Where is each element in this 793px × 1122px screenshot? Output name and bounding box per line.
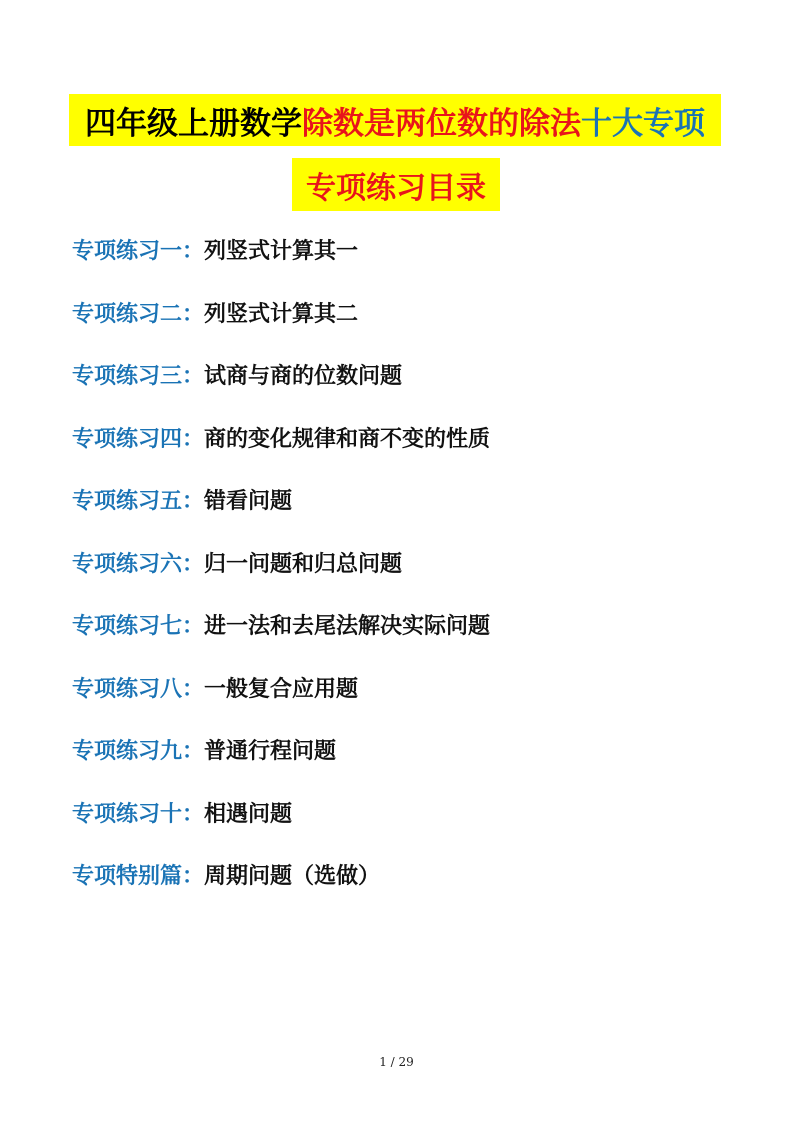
toc-item: 专项练习九：普通行程问题	[72, 736, 490, 799]
toc-item-colon: ：	[182, 236, 204, 268]
toc-item: 专项练习七：进一法和去尾法解决实际问题	[72, 611, 490, 674]
toc-item-text: 一般复合应用题	[204, 674, 358, 706]
toc-item-label: 专项练习七	[72, 611, 182, 643]
toc-item-label: 专项练习六	[72, 549, 182, 581]
toc-item-colon: ：	[182, 486, 204, 518]
toc-item-label: 专项练习五	[72, 486, 182, 518]
document-title: 四年级上册数学除数是两位数的除法十大专项	[69, 94, 721, 146]
toc-item: 专项练习二：列竖式计算其二	[72, 299, 490, 362]
toc-item: 专项练习三：试商与商的位数问题	[72, 361, 490, 424]
toc-item-text: 错看问题	[204, 486, 292, 518]
toc-item-text: 普通行程问题	[204, 736, 336, 768]
toc-item-colon: ：	[182, 674, 204, 706]
title-suffix-part: 十大专项	[581, 98, 705, 143]
toc-item-label: 专项特别篇	[72, 861, 182, 893]
table-of-contents: 专项练习一：列竖式计算其一 专项练习二：列竖式计算其二 专项练习三：试商与商的位…	[72, 236, 490, 924]
toc-item-colon: ：	[182, 736, 204, 768]
toc-item: 专项练习六：归一问题和归总问题	[72, 549, 490, 612]
toc-item: 专项练习八：一般复合应用题	[72, 674, 490, 737]
title-grade-part: 四年级上册数学	[85, 98, 302, 143]
title-topic-part: 除数是两位数的除法	[302, 98, 581, 143]
toc-item: 专项练习五：错看问题	[72, 486, 490, 549]
toc-item-label: 专项练习八	[72, 674, 182, 706]
toc-item: 专项练习一：列竖式计算其一	[72, 236, 490, 299]
toc-item-label: 专项练习九	[72, 736, 182, 768]
toc-item-text: 相遇问题	[204, 799, 292, 831]
toc-item-text: 试商与商的位数问题	[204, 361, 402, 393]
toc-item-colon: ：	[182, 861, 204, 893]
toc-item-label: 专项练习十	[72, 799, 182, 831]
toc-item-colon: ：	[182, 549, 204, 581]
toc-item-text: 商的变化规律和商不变的性质	[204, 424, 490, 456]
toc-heading: 专项练习目录	[292, 158, 500, 211]
toc-item-text: 进一法和去尾法解决实际问题	[204, 611, 490, 643]
toc-item: 专项练习十：相遇问题	[72, 799, 490, 862]
toc-item-colon: ：	[182, 611, 204, 643]
toc-item: 专项特别篇：周期问题（选做）	[72, 861, 490, 924]
toc-item-colon: ：	[182, 299, 204, 331]
toc-item-text: 列竖式计算其一	[204, 236, 358, 268]
page-number: 1 / 29	[0, 1055, 793, 1069]
toc-item-label: 专项练习一	[72, 236, 182, 268]
toc-item-label: 专项练习二	[72, 299, 182, 331]
toc-item: 专项练习四：商的变化规律和商不变的性质	[72, 424, 490, 487]
toc-item-text: 周期问题（选做）	[204, 861, 380, 893]
toc-item-text: 列竖式计算其二	[204, 299, 358, 331]
toc-item-colon: ：	[182, 799, 204, 831]
toc-item-colon: ：	[182, 361, 204, 393]
toc-item-colon: ：	[182, 424, 204, 456]
toc-item-label: 专项练习四	[72, 424, 182, 456]
toc-item-label: 专项练习三	[72, 361, 182, 393]
toc-item-text: 归一问题和归总问题	[204, 549, 402, 581]
